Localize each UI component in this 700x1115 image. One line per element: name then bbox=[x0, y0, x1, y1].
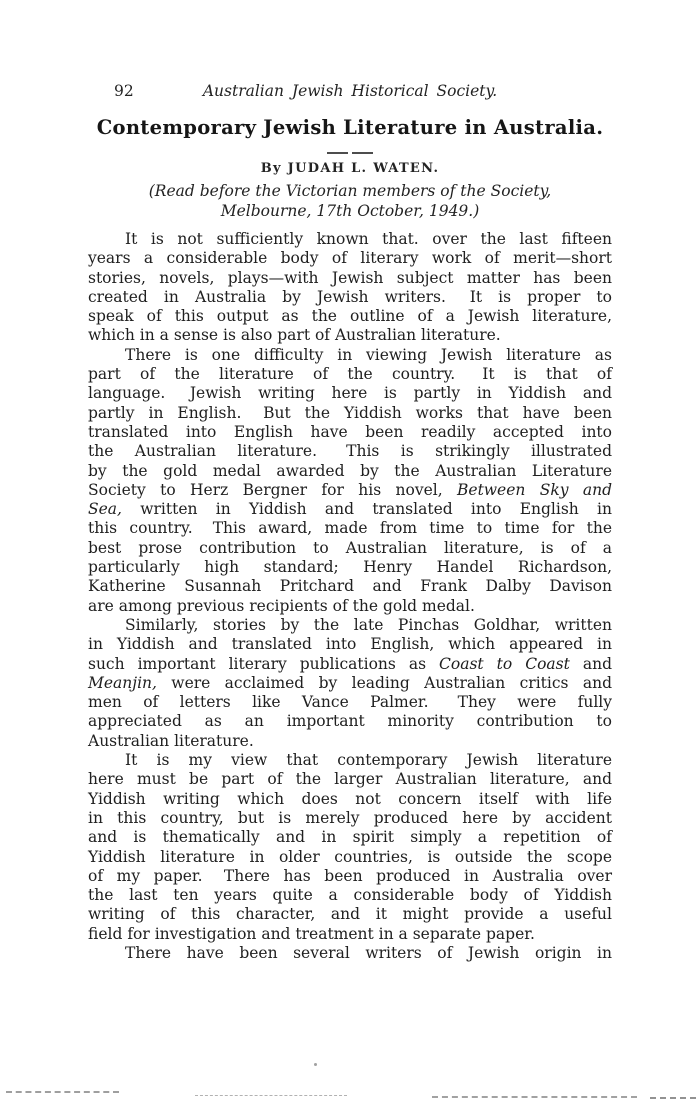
text-line: by the gold medal awarded by the Austral… bbox=[88, 462, 612, 481]
text-line: It is not sufficiently known that. over … bbox=[88, 230, 612, 249]
text-line: Similarly, stories by the late Pinchas G… bbox=[88, 616, 612, 635]
divider-dash bbox=[352, 152, 373, 154]
title-divider bbox=[0, 152, 700, 154]
text-line: There have been several writers of Jewis… bbox=[88, 944, 612, 963]
article-title: Contemporary Jewish Literature in Austra… bbox=[0, 116, 700, 139]
read-note: (Read before the Victorian members of th… bbox=[0, 182, 700, 221]
text-line: writing of this character, and it might … bbox=[88, 905, 612, 924]
text-line: stories, novels, plays—with Jewish subje… bbox=[88, 269, 612, 288]
text-line: Meanjin, were acclaimed by leading Austr… bbox=[88, 674, 612, 693]
text-line: There is one difficulty in viewing Jewis… bbox=[88, 346, 612, 365]
text-line: are among previous recipients of the gol… bbox=[88, 597, 612, 616]
scan-artifact-dash bbox=[195, 1095, 347, 1096]
text-line: Society to Herz Bergner for his novel, B… bbox=[88, 481, 612, 500]
text-line: field for investigation and treatment in… bbox=[88, 925, 612, 944]
text-line: part of the literature of the country. I… bbox=[88, 365, 612, 384]
text-line: appreciated as an important minority con… bbox=[88, 712, 612, 731]
journal-page: 92 Australian Jewish Historical Society.… bbox=[0, 0, 700, 1115]
text-line: translated into English have been readil… bbox=[88, 423, 612, 442]
scan-artifact-dash bbox=[6, 1091, 119, 1093]
text-line: which in a sense is also part of Austral… bbox=[88, 326, 612, 345]
text-line: here must be part of the larger Australi… bbox=[88, 770, 612, 789]
text-line: and is thematically and in spirit simply… bbox=[88, 828, 612, 847]
read-note-line: (Read before the Victorian members of th… bbox=[0, 182, 700, 202]
text-line: best prose contribution to Australian li… bbox=[88, 539, 612, 558]
text-line: Yiddish writing which does not concern i… bbox=[88, 790, 612, 809]
text-line: speak of this output as the outline of a… bbox=[88, 307, 612, 326]
running-header-title: Australian Jewish Historical Society. bbox=[203, 82, 497, 100]
byline: By JUDAH L. WATEN. bbox=[0, 161, 700, 176]
text-line: Yiddish literature in older countries, i… bbox=[88, 848, 612, 867]
text-line: It is my view that contemporary Jewish l… bbox=[88, 751, 612, 770]
text-line: in Yiddish and translated into English, … bbox=[88, 635, 612, 654]
text-line: men of letters like Vance Palmer. They w… bbox=[88, 693, 612, 712]
text-line: this country. This award, made from time… bbox=[88, 519, 612, 538]
running-head: 92 Australian Jewish Historical Society. bbox=[0, 82, 700, 100]
scan-artifact-dash bbox=[432, 1096, 637, 1098]
read-note-line: Melbourne, 17th October, 1949.) bbox=[0, 202, 700, 222]
text-line: Katherine Susannah Pritchard and Frank D… bbox=[88, 577, 612, 596]
article-body: It is not sufficiently known that. over … bbox=[88, 230, 612, 963]
text-line: particularly high standard; Henry Handel… bbox=[88, 558, 612, 577]
divider-dash bbox=[327, 152, 348, 154]
page-number: 92 bbox=[114, 82, 134, 100]
text-line: the last ten years quite a considerable … bbox=[88, 886, 612, 905]
text-line: Sea, written in Yiddish and translated i… bbox=[88, 500, 612, 519]
scan-artifact-dash bbox=[650, 1097, 696, 1099]
text-line: of my paper. There has been produced in … bbox=[88, 867, 612, 886]
text-line: in this country, but is merely produced … bbox=[88, 809, 612, 828]
text-line: such important literary publications as … bbox=[88, 655, 612, 674]
text-line: the Australian literature. This is strik… bbox=[88, 442, 612, 461]
text-line: created in Australia by Jewish writers. … bbox=[88, 288, 612, 307]
text-line: years a considerable body of literary wo… bbox=[88, 249, 612, 268]
text-line: language. Jewish writing here is partly … bbox=[88, 384, 612, 403]
text-line: Australian literature. bbox=[88, 732, 612, 751]
scan-artifact-dot bbox=[314, 1063, 317, 1066]
text-line: partly in English. But the Yiddish works… bbox=[88, 404, 612, 423]
